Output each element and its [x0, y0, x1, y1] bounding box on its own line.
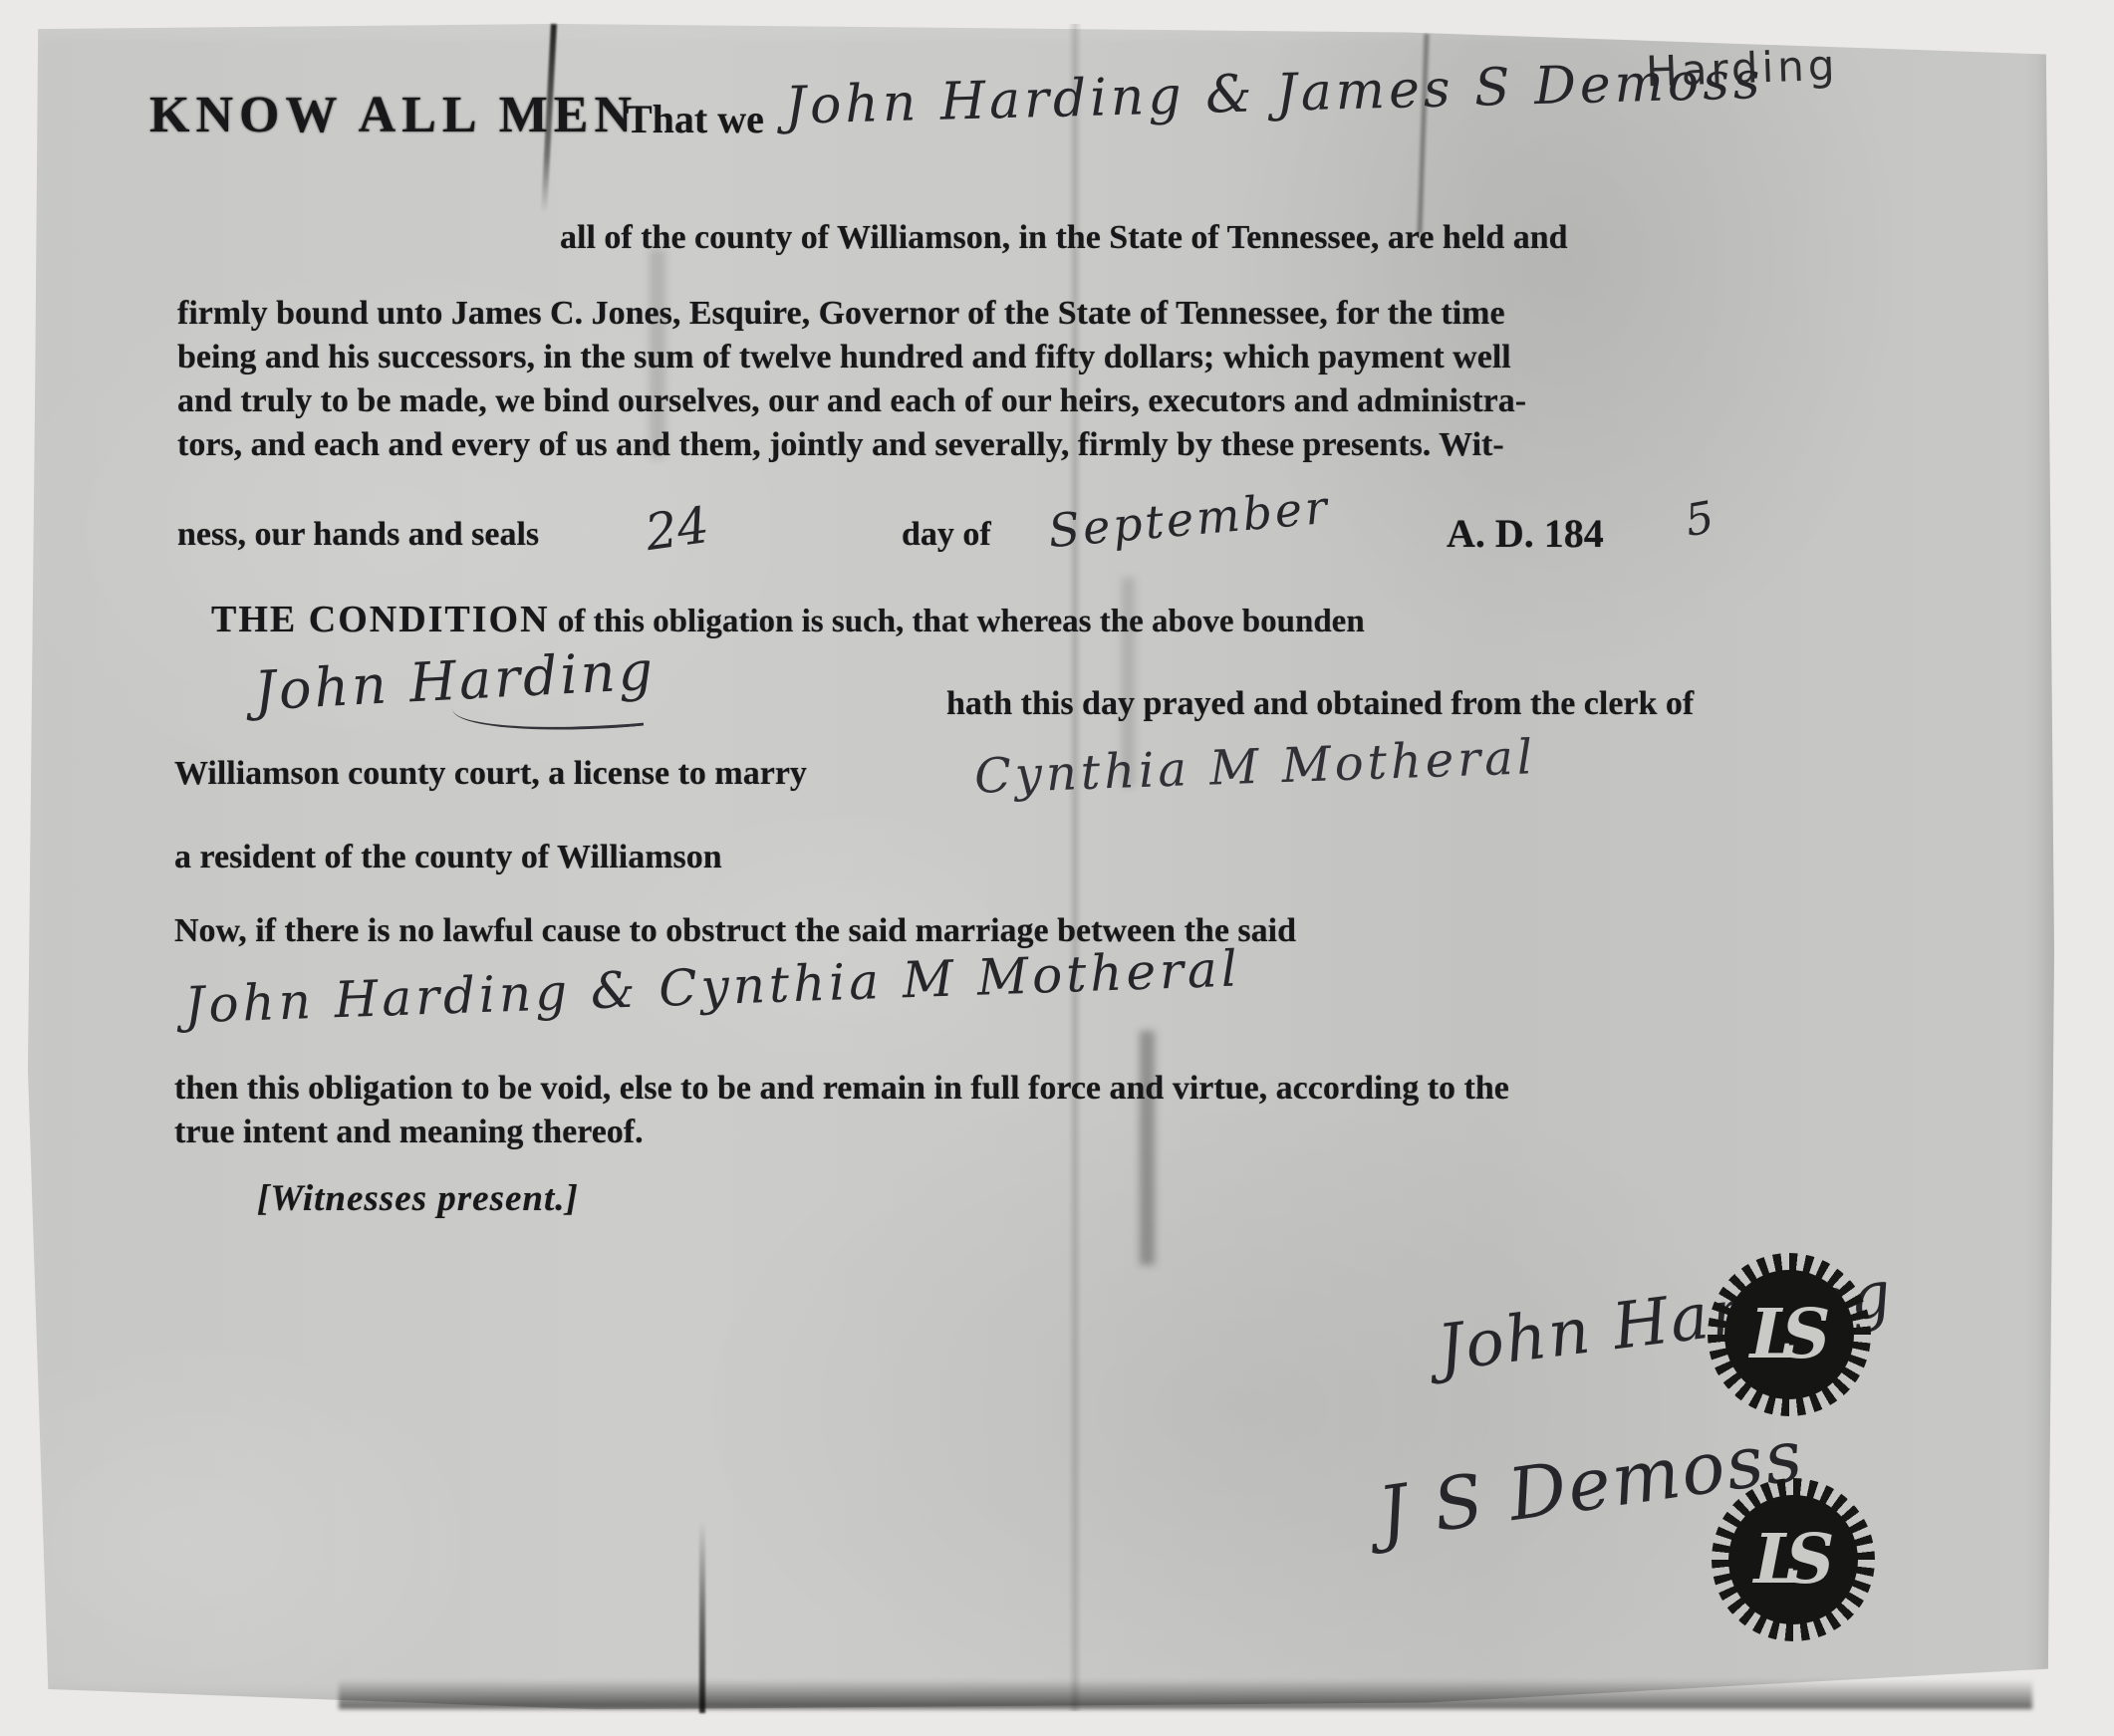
void-line: then this obligation to be void, else to… [174, 1070, 1509, 1108]
heading-know-all-men: KNOW ALL MEN [149, 86, 638, 144]
seal-rosette: LS [1708, 1253, 1871, 1416]
license-line: Williamson county court, a license to ma… [174, 755, 807, 793]
seal-monogram: LS [1712, 1478, 1875, 1641]
resident-line: a resident of the county of Williamson [174, 839, 722, 876]
body-line: being and his successors, in the sum of … [177, 339, 1511, 376]
prayed-line: hath this day prayed and obtained from t… [946, 685, 1694, 723]
body-line: and truly to be made, we bind ourselves,… [177, 382, 1526, 420]
witness-prefix: ness, our hands and seals [177, 516, 539, 554]
paper-bottom-edge-shadow [339, 1679, 2032, 1709]
body-line: firmly bound unto James C. Jones, Esquir… [177, 295, 1505, 333]
scan-background: Harding KNOW ALL MEN That we John Hardin… [0, 0, 2114, 1736]
day-handwritten: 24 [642, 496, 712, 562]
body-line: tors, and each and every of us and them,… [177, 426, 1504, 464]
county-line: all of the county of Williamson, in the … [560, 219, 1568, 257]
condition-rest: of this obligation is such, that whereas… [550, 604, 1365, 639]
witnesses-present-label: [Witnesses present.] [257, 1177, 579, 1220]
seal-rosette: LS [1712, 1478, 1875, 1641]
heading-that-we: That we [626, 96, 764, 142]
condition-label: THE CONDITION [211, 599, 550, 640]
void-line: true intent and meaning thereof. [174, 1114, 644, 1151]
ad-year-printed: A. D. 184 [1447, 510, 1604, 557]
seal-monogram: LS [1708, 1253, 1871, 1416]
day-of-label: day of [902, 516, 991, 554]
